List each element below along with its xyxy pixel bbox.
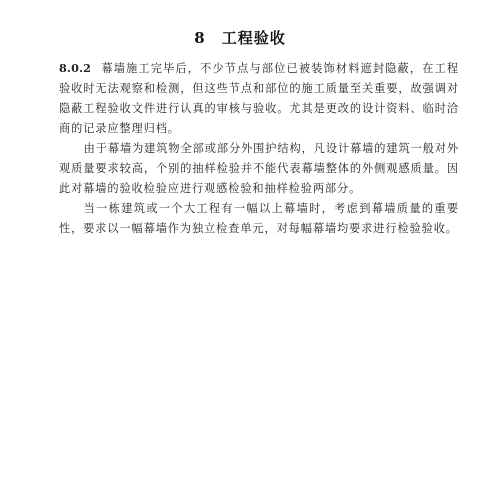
section-heading: 8工程验收 bbox=[0, 27, 480, 48]
clause-text: 幕墙施工完毕后，不少节点与部位已被装饰材料遮封隐蔽，在工程验收时无法观察和检测，… bbox=[59, 62, 459, 135]
clause-number: 8.0.2 bbox=[59, 61, 91, 75]
section-title: 工程验收 bbox=[222, 29, 286, 47]
clause-paragraph: 8.0.2幕墙施工完毕后，不少节点与部位已被装饰材料遮封隐蔽，在工程验收时无法观… bbox=[59, 58, 459, 139]
section-number: 8 bbox=[194, 29, 205, 47]
section-body: 8.0.2幕墙施工完毕后，不少节点与部位已被装饰材料遮封隐蔽，在工程验收时无法观… bbox=[59, 58, 459, 239]
explanation-paragraph: 当一栋建筑或一个大工程有一幅以上幕墙时，考虑到幕墙质量的重要性，要求以一幅幕墙作… bbox=[59, 199, 459, 239]
explanation-paragraph: 由于幕墙为建筑物全部或部分外围护结构，凡设计幕墙的建筑一般对外观质量要求较高，个… bbox=[59, 139, 459, 199]
document-page: 8工程验收 8.0.2幕墙施工完毕后，不少节点与部位已被装饰材料遮封隐蔽，在工程… bbox=[0, 0, 480, 480]
